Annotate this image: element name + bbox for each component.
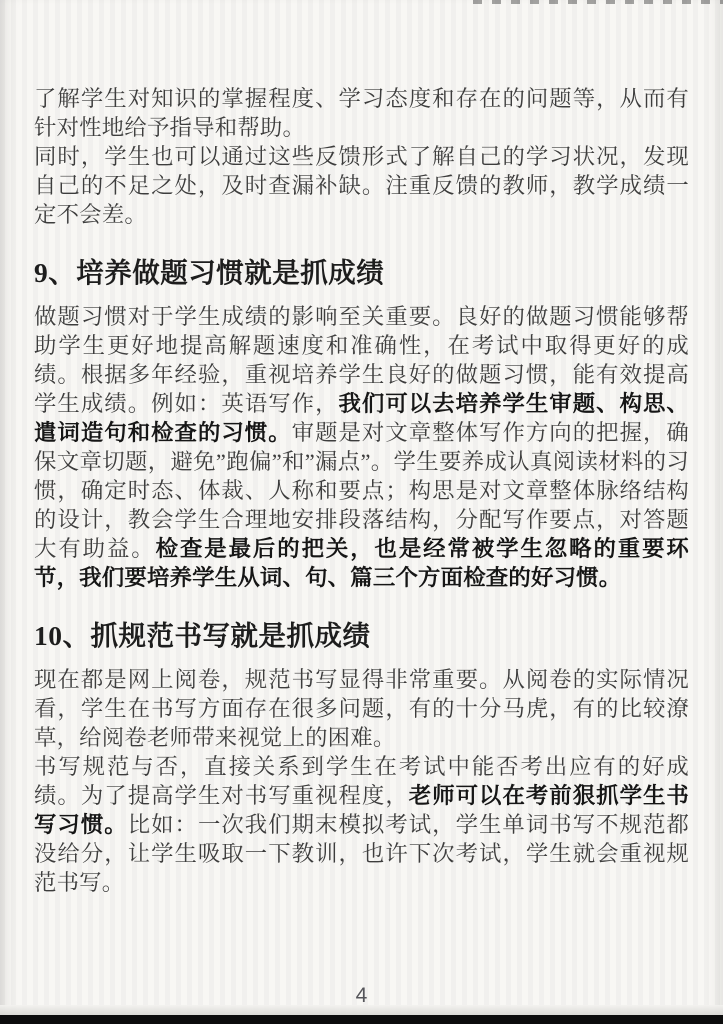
text-run: 现在都是网上阅卷，规范书写显得非常重要。从阅卷的实际情况看，学生在书写方面存在很…	[34, 667, 689, 750]
paragraph-section-9: 做题习惯对于学生成绩的影响至关重要。良好的做题习惯能够帮助学生更好地提高解题速度…	[34, 302, 689, 592]
page-content: 了解学生对知识的掌握程度、学习态度和存在的问题等，从而有针对性地给予指导和帮助。…	[34, 84, 689, 897]
scan-edge-artifact	[473, 0, 723, 4]
paragraph-section-10-intro: 现在都是网上阅卷，规范书写显得非常重要。从阅卷的实际情况看，学生在书写方面存在很…	[34, 665, 689, 752]
paragraph-student-self-check: 同时，学生也可以通过这些反馈形式了解自己的学习状况，发现自己的不足之处，及时查漏…	[34, 142, 689, 229]
paragraph-feedback-teachers: 了解学生对知识的掌握程度、学习态度和存在的问题等，从而有针对性地给予指导和帮助。	[34, 84, 689, 142]
paragraph-section-10-detail: 书写规范与否，直接关系到学生在考试中能否考出应有的好成绩。为了提高学生对书写重视…	[34, 752, 689, 897]
text-run: 比如：一次我们期末模拟考试，学生单词书写不规范都没给分，让学生吸取一下教训，也许…	[34, 812, 689, 895]
document-page: 了解学生对知识的掌握程度、学习态度和存在的问题等，从而有针对性地给予指导和帮助。…	[0, 0, 723, 1024]
scan-shadow-band	[0, 1005, 723, 1015]
text-run: 了解学生对知识的掌握程度、学习态度和存在的问题等，从而有针对性地给予指导和帮助。	[34, 86, 689, 140]
heading-section-10: 10、抓规范书写就是抓成绩	[34, 618, 689, 654]
text-run: 同时，学生也可以通过这些反馈形式了解自己的学习状况，发现自己的不足之处，及时查漏…	[34, 144, 689, 227]
page-number: 4	[356, 984, 368, 1007]
photo-background-strip	[0, 1015, 723, 1024]
heading-section-9: 9、培养做题习惯就是抓成绩	[34, 255, 689, 291]
